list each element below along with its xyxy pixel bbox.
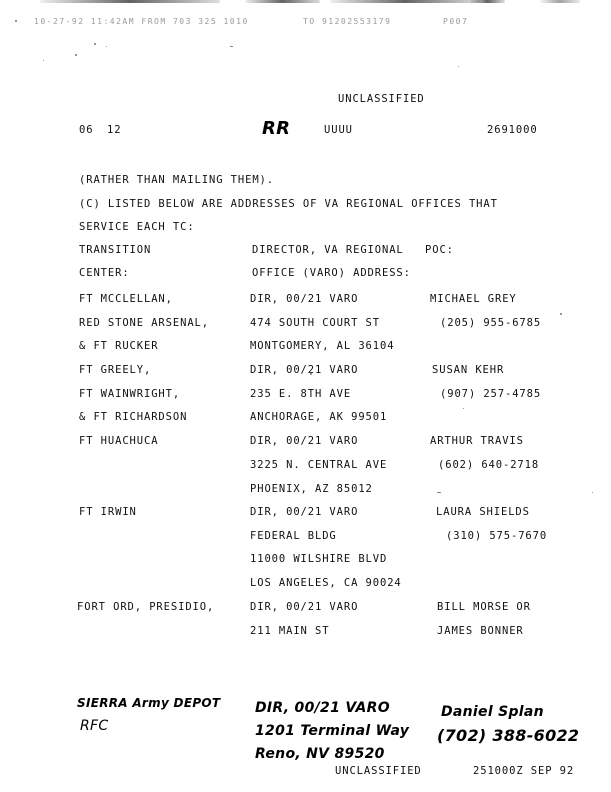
center-name: FT HUACHUCA [79,435,158,447]
handwritten-initials: RFC [80,718,108,734]
poc-phone: (205) 955-6785 [440,317,541,329]
center-name: & FT RICHARDSON [79,411,187,423]
speck [560,313,562,315]
varo-address: 211 MAIN ST [250,625,329,637]
speck [43,60,44,61]
poc-name: ARTHUR TRAVIS [430,435,524,447]
page-number: 06 [79,124,93,136]
handwritten-poc-name: Daniel Splan [441,704,544,720]
header-office: OFFICE (VARO) ADDRESS: [252,267,411,279]
precedence-code: UUUU [324,124,353,136]
center-name: FT GREELY, [79,364,151,376]
scan-artifact-line [470,0,505,3]
center-name: & FT RUCKER [79,340,158,352]
poc-name: MICHAEL GREY [430,293,517,305]
scan-artifact-line [330,0,480,3]
varo-address: DIR, 00/21 VARO [250,293,358,305]
fax-header-page: P007 [443,17,468,26]
varo-address: DIR, 00/21 VARO [250,364,358,376]
poc-name: SUSAN KEHR [432,364,504,376]
varo-address: LOS ANGELES, CA 90024 [250,577,402,589]
header-director: DIRECTOR, VA REGIONAL [252,244,404,256]
poc-name: JAMES BONNER [437,625,524,637]
scan-artifact-line [245,0,320,3]
varo-address: 474 SOUTH COURT ST [250,317,380,329]
speck [230,46,233,47]
speck [463,408,464,409]
classification-top: UNCLASSIFIED [338,93,425,105]
poc-phone: (310) 575-7670 [446,530,547,542]
varo-address: DIR, 00/21 VARO [250,435,358,447]
header-dtg: 2691000 [487,124,538,136]
scan-artifact-line [540,0,580,3]
fax-header-middle: TO 91202553179 [303,17,391,26]
speck [592,492,593,493]
fax-header-left: 10-27-92 11:42AM FROM 703 325 1010 [34,17,249,26]
footer-dtg: 251000Z SEP 92 [473,765,574,777]
varo-address: PHOENIX, AZ 85012 [250,483,373,495]
center-name: FT WAINWRIGHT, [79,388,180,400]
varo-address: 11000 WILSHIRE BLVD [250,553,387,565]
classification-bottom: UNCLASSIFIED [335,765,422,777]
header-center: CENTER: [79,267,130,279]
scan-artifact-line [40,0,220,3]
handwritten-center: SIERRA Army DEPOT [77,696,220,710]
varo-address: 235 E. 8TH AVE [250,388,351,400]
handwritten-mark: RR [262,118,290,139]
poc-phone: (907) 257-4785 [440,388,541,400]
speck [458,66,459,67]
handwritten-address: 1201 Terminal Way [255,723,409,739]
varo-address: ANCHORAGE, AK 99501 [250,411,387,423]
intro-line: (C) LISTED BELOW ARE ADDRESSES OF VA REG… [79,198,498,210]
handwritten-poc-phone: (702) 388-6022 [437,726,579,745]
speck [106,46,107,47]
poc-name: BILL MORSE OR [437,601,531,613]
center-name: FORT ORD, PRESIDIO, [77,601,214,613]
speck [437,492,441,493]
varo-address: FEDERAL BLDG [250,530,337,542]
intro-line: (RATHER THAN MAILING THEM). [79,174,274,186]
varo-address: 3225 N. CENTRAL AVE [250,459,387,471]
poc-name: LAURA SHIELDS [436,506,530,518]
center-name: FT IRWIN [79,506,137,518]
speck [75,54,77,56]
varo-address: DIR, 00/21 VARO [250,506,358,518]
header-poc: POC: [425,244,454,256]
speck [15,20,17,22]
speck [94,43,96,45]
intro-line: SERVICE EACH TC: [79,221,195,233]
header-transition: TRANSITION [79,244,151,256]
center-name: FT MCCLELLAN, [79,293,173,305]
handwritten-address: DIR, 00/21 VARO [255,700,390,716]
varo-address: MONTGOMERY, AL 36104 [250,340,394,352]
center-name: RED STONE ARSENAL, [79,317,209,329]
varo-address: DIR, 00/21 VARO [250,601,358,613]
page-total: 12 [107,124,121,136]
poc-phone: (602) 640-2718 [438,459,539,471]
handwritten-address: Reno, NV 89520 [255,746,385,762]
